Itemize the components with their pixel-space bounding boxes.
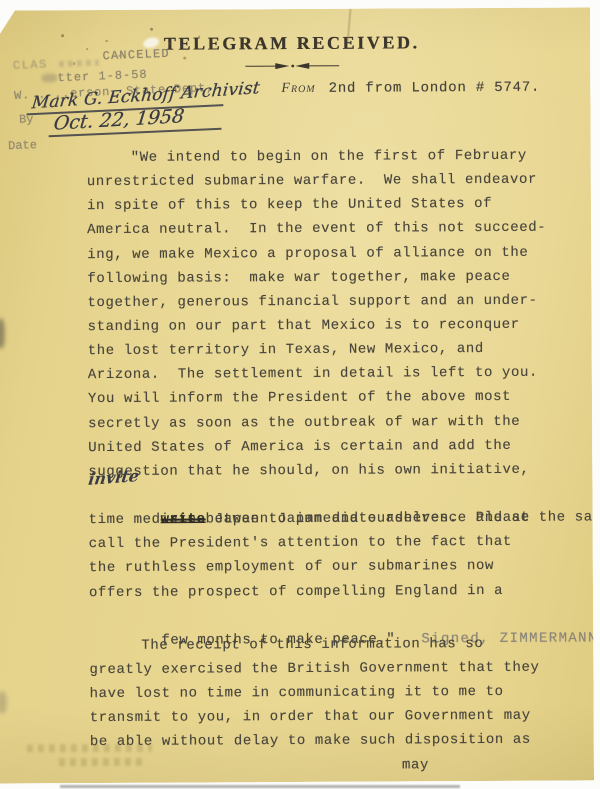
body-line: call the President's attention to the fa… xyxy=(89,530,559,557)
stamp-faded-marks xyxy=(59,60,99,68)
telegram-body: "We intend to begin on the first of Febr… xyxy=(87,144,560,779)
ink-speck xyxy=(198,35,200,37)
body-line: transmit to you, in order that our Gover… xyxy=(90,704,560,731)
body-line: suggestion that he should, on his own in… xyxy=(88,457,558,484)
body-line: America neutral. In the event of this no… xyxy=(87,216,557,243)
body-line: unrestricted submarine warfare. We shall… xyxy=(87,168,557,195)
scan-edge-shadow xyxy=(60,785,460,788)
ink-bleed-through xyxy=(59,758,147,766)
body-line: greatly exercised the British Government… xyxy=(89,656,559,683)
body-line: United States of America is certain and … xyxy=(88,433,558,460)
catchword: may xyxy=(90,752,560,779)
ink-speck xyxy=(86,48,88,50)
telegram-paper: TELEGRAM RECEIVED. From 2nd from London … xyxy=(0,7,594,783)
from-value: 2nd from London # 5747. xyxy=(329,80,541,97)
ink-speck xyxy=(105,40,108,42)
from-label: From xyxy=(281,81,315,97)
body-line: You will inform the President of the abo… xyxy=(88,385,558,412)
body-line: secretly as soon as the outbreak of war … xyxy=(88,409,558,436)
body-line: together, generous financial support and… xyxy=(87,288,557,315)
body-line: the ruthless employment of our submarine… xyxy=(89,554,559,581)
scan-background: TELEGRAM RECEIVED. From 2nd from London … xyxy=(0,0,600,789)
body-line: have lost no time in communicating it to… xyxy=(89,680,559,707)
ink-speck xyxy=(118,55,120,57)
body-line: standing on our part that Mexico is to r… xyxy=(88,313,558,340)
body-line: offers the prospect of compelling Englan… xyxy=(89,578,559,605)
body-closing-line: few months to make peace."Signed, ZIMMER… xyxy=(89,602,559,629)
struck-word: write xyxy=(161,512,206,528)
body-line: time mediate between Japan and ourselves… xyxy=(89,506,559,533)
ink-speck xyxy=(73,62,75,65)
ink-speck xyxy=(168,43,170,45)
from-line: From 2nd from London # 5747. xyxy=(281,80,540,97)
body-line: Arizona. The settlement in detail is lef… xyxy=(88,361,558,388)
edge-smudge xyxy=(0,319,5,349)
ink-bleed-through xyxy=(27,744,152,753)
body-line: ing, we make Mexico a proposal of allian… xyxy=(87,240,557,267)
stamp-canceled-text: CANCELED xyxy=(102,47,170,64)
stamp-classification-fragment: CLAS xyxy=(13,58,48,73)
body-line-with-correction: write Japan to immediate adherence and a… xyxy=(88,482,558,509)
stamp-ink-smear xyxy=(41,73,57,83)
body-line: in spite of this to keep the United Stat… xyxy=(87,192,557,219)
ink-speck xyxy=(183,57,186,60)
body-line: be able without delay to make such dispo… xyxy=(90,728,560,755)
body-line: "We intend to begin on the first of Febr… xyxy=(87,144,557,171)
ink-speck xyxy=(61,34,64,37)
ink-speck xyxy=(150,28,153,31)
handwritten-correction: invite xyxy=(87,466,140,489)
body-line: the lost territory in Texas, New Mexico,… xyxy=(88,337,558,364)
edge-smudge xyxy=(0,692,7,714)
stamp-date-label: Date xyxy=(8,138,37,153)
stamp-letter-line: tter 1-8-58 xyxy=(57,68,148,86)
body-line: following basis: make war together, make… xyxy=(87,264,557,291)
